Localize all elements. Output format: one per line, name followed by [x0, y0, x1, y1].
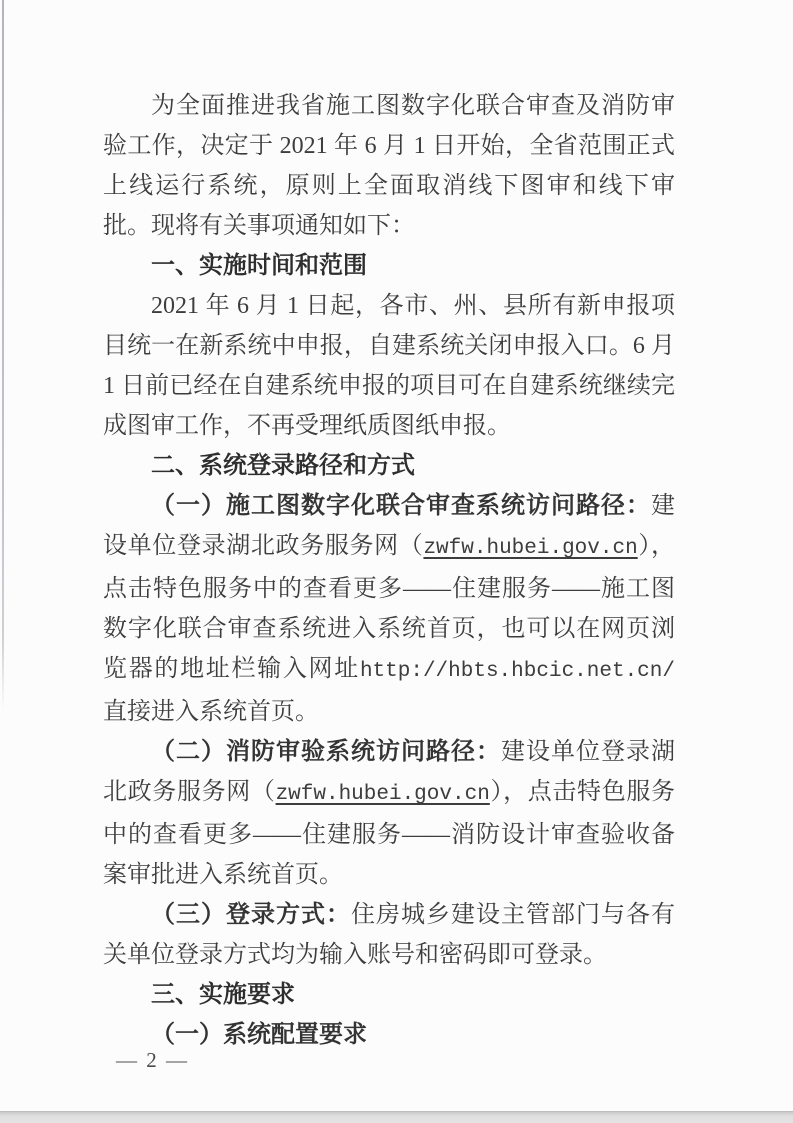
- page-number: — 2 —: [116, 1046, 189, 1074]
- zwfw-url-underlined: zwfw.hubei.gov.cn: [276, 783, 490, 806]
- scan-edge-artifact-left: [2, 0, 4, 710]
- scan-edge-artifact-bottom: [0, 1111, 793, 1123]
- section-2-item-1: （一）施工图数字化联合审查系统访问路径：建设单位登录湖北政务服务网（zwfw.h…: [103, 486, 675, 732]
- item-1-text: 直接进入系统首页。: [103, 699, 319, 725]
- section-1-heading: 一、实施时间和范围: [103, 246, 675, 286]
- section-2-item-3: （三）登录方式：住房城乡建设主管部门与各有关单位登录方式均为输入账号和密码即可登…: [103, 895, 675, 975]
- item-1-lead: （一）施工图数字化联合审查系统访问路径：: [151, 493, 651, 519]
- item-2-lead: （二）消防审验系统访问路径：: [151, 739, 501, 765]
- item-3-lead: （三）登录方式：: [151, 902, 351, 928]
- intro-paragraph: 为全面推进我省施工图数字化联合审查及消防审验工作，决定于 2021 年 6 月 …: [103, 86, 675, 246]
- document-content: 为全面推进我省施工图数字化联合审查及消防审验工作，决定于 2021 年 6 月 …: [103, 86, 675, 1055]
- section-2-item-2: （二）消防审验系统访问路径：建设单位登录湖北政务服务网（zwfw.hubei.g…: [103, 732, 675, 895]
- scanned-document-page: 为全面推进我省施工图数字化联合审查及消防审验工作，决定于 2021 年 6 月 …: [0, 0, 793, 1123]
- section-1-body: 2021 年 6 月 1 日起，各市、州、县所有新申报项目统一在新系统中申报，自…: [103, 286, 675, 446]
- zwfw-url-underlined: zwfw.hubei.gov.cn: [423, 537, 637, 560]
- section-2-heading: 二、系统登录路径和方式: [103, 446, 675, 486]
- hbts-url: http://hbts.hbcic.net.cn/: [360, 660, 675, 683]
- section-3-heading: 三、实施要求: [103, 975, 675, 1015]
